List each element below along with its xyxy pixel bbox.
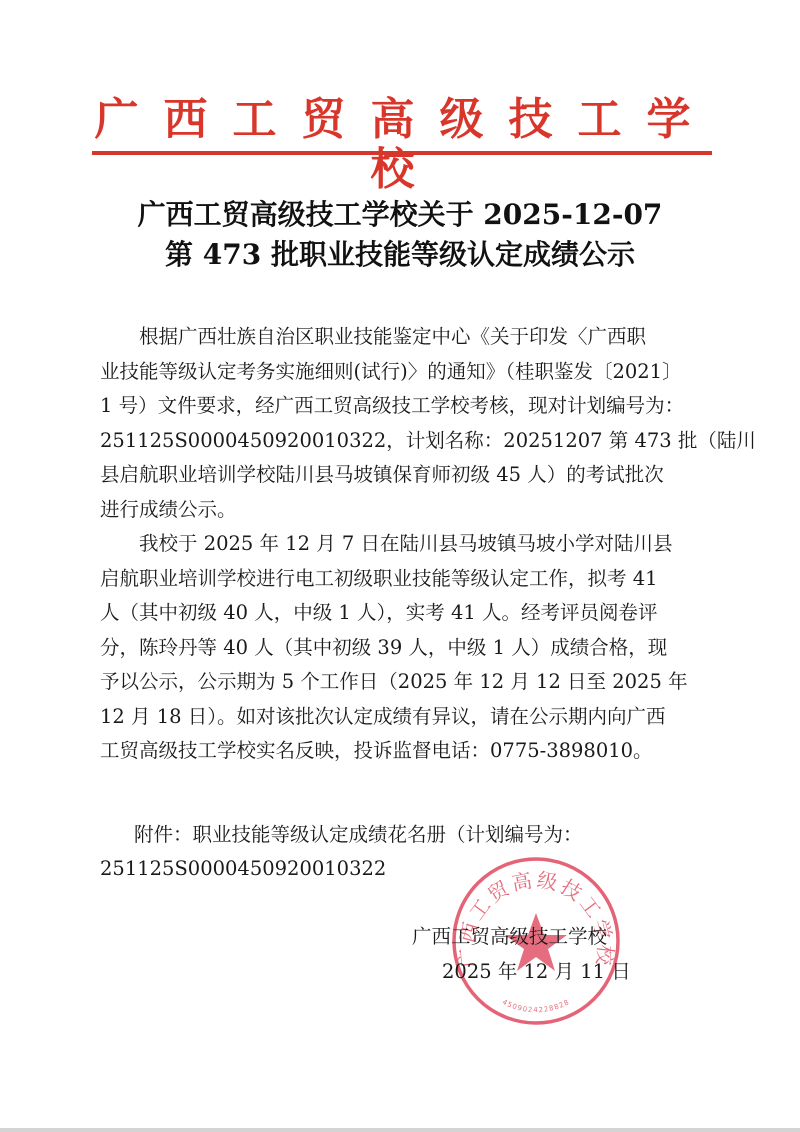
text-line: 人（其中初级 40 人，中级 1 人），实考 41 人。经考评员阅卷评 — [61, 596, 718, 631]
text-line: 进行成绩公示。 — [61, 493, 718, 528]
paragraph-2: 我校于 2025 年 12 月 7 日在陆川县马坡镇马坡小学对陆川县 启航职业培… — [100, 527, 718, 769]
text-line: 根据广西壮族自治区职业技能鉴定中心《关于印发〈广西职 — [100, 320, 718, 355]
text-line: 县启航职业培训学校陆川县马坡镇保育师初级 45 人）的考试批次 — [61, 458, 718, 493]
text-line: 予以公示，公示期为 5 个工作日（2025 年 12 月 12 日至 2025 … — [61, 665, 718, 700]
attachment-line-1: 附件：职业技能等级认定成绩花名册（计划编号为： — [100, 818, 718, 852]
attachment-note: 附件：职业技能等级认定成绩花名册（计划编号为： 251125S000045092… — [100, 818, 718, 886]
text-line: 12 月 18 日）。如对该批次认定成绩有异议，请在公示期内向广西 — [61, 700, 718, 735]
document-title: 广西工贸高级技工学校关于 2025-12-07 第 473 批职业技能等级认定成… — [100, 195, 700, 275]
attachment-plan-number: 251125S0000450920010322 — [100, 852, 718, 886]
text-line: 251125S0000450920010322，计划名称：20251207 第 … — [61, 424, 718, 459]
text-line: 我校于 2025 年 12 月 7 日在陆川县马坡镇马坡小学对陆川县 — [100, 527, 718, 562]
svg-text:4509024228828: 4509024228828 — [501, 998, 571, 1014]
signature-date: 2025 年 12 月 11 日 — [442, 955, 631, 989]
signature-organization: 广西工贸高级技工学校 — [412, 920, 607, 954]
letterhead-title: 广西工贸高级技工学校 — [90, 95, 720, 195]
title-line-2: 第 473 批职业技能等级认定成绩公示 — [100, 235, 700, 275]
text-line: 分，陈玲丹等 40 人（其中初级 39 人，中级 1 人）成绩合格，现 — [61, 631, 718, 666]
scan-bottom-edge — [0, 1128, 800, 1132]
text-line: 1 号）文件要求，经广西工贸高级技工学校考核，现对计划编号为： — [61, 389, 718, 424]
text-line: 业技能等级认定考务实施细则(试行)〉的通知》（桂职鉴发〔2021〕 — [61, 355, 718, 390]
text-line: 启航职业培训学校进行电工初级职业技能等级认定工作，拟考 41 — [61, 562, 718, 597]
text-line: 工贸高级技工学校实名反映，投诉监督电话：0775-3898010。 — [61, 734, 718, 769]
paragraph-1: 根据广西壮族自治区职业技能鉴定中心《关于印发〈广西职 业技能等级认定考务实施细则… — [100, 320, 718, 527]
letterhead-red-rule — [92, 151, 712, 155]
document-body: 根据广西壮族自治区职业技能鉴定中心《关于印发〈广西职 业技能等级认定考务实施细则… — [100, 320, 718, 769]
title-line-1: 广西工贸高级技工学校关于 2025-12-07 — [100, 195, 700, 235]
